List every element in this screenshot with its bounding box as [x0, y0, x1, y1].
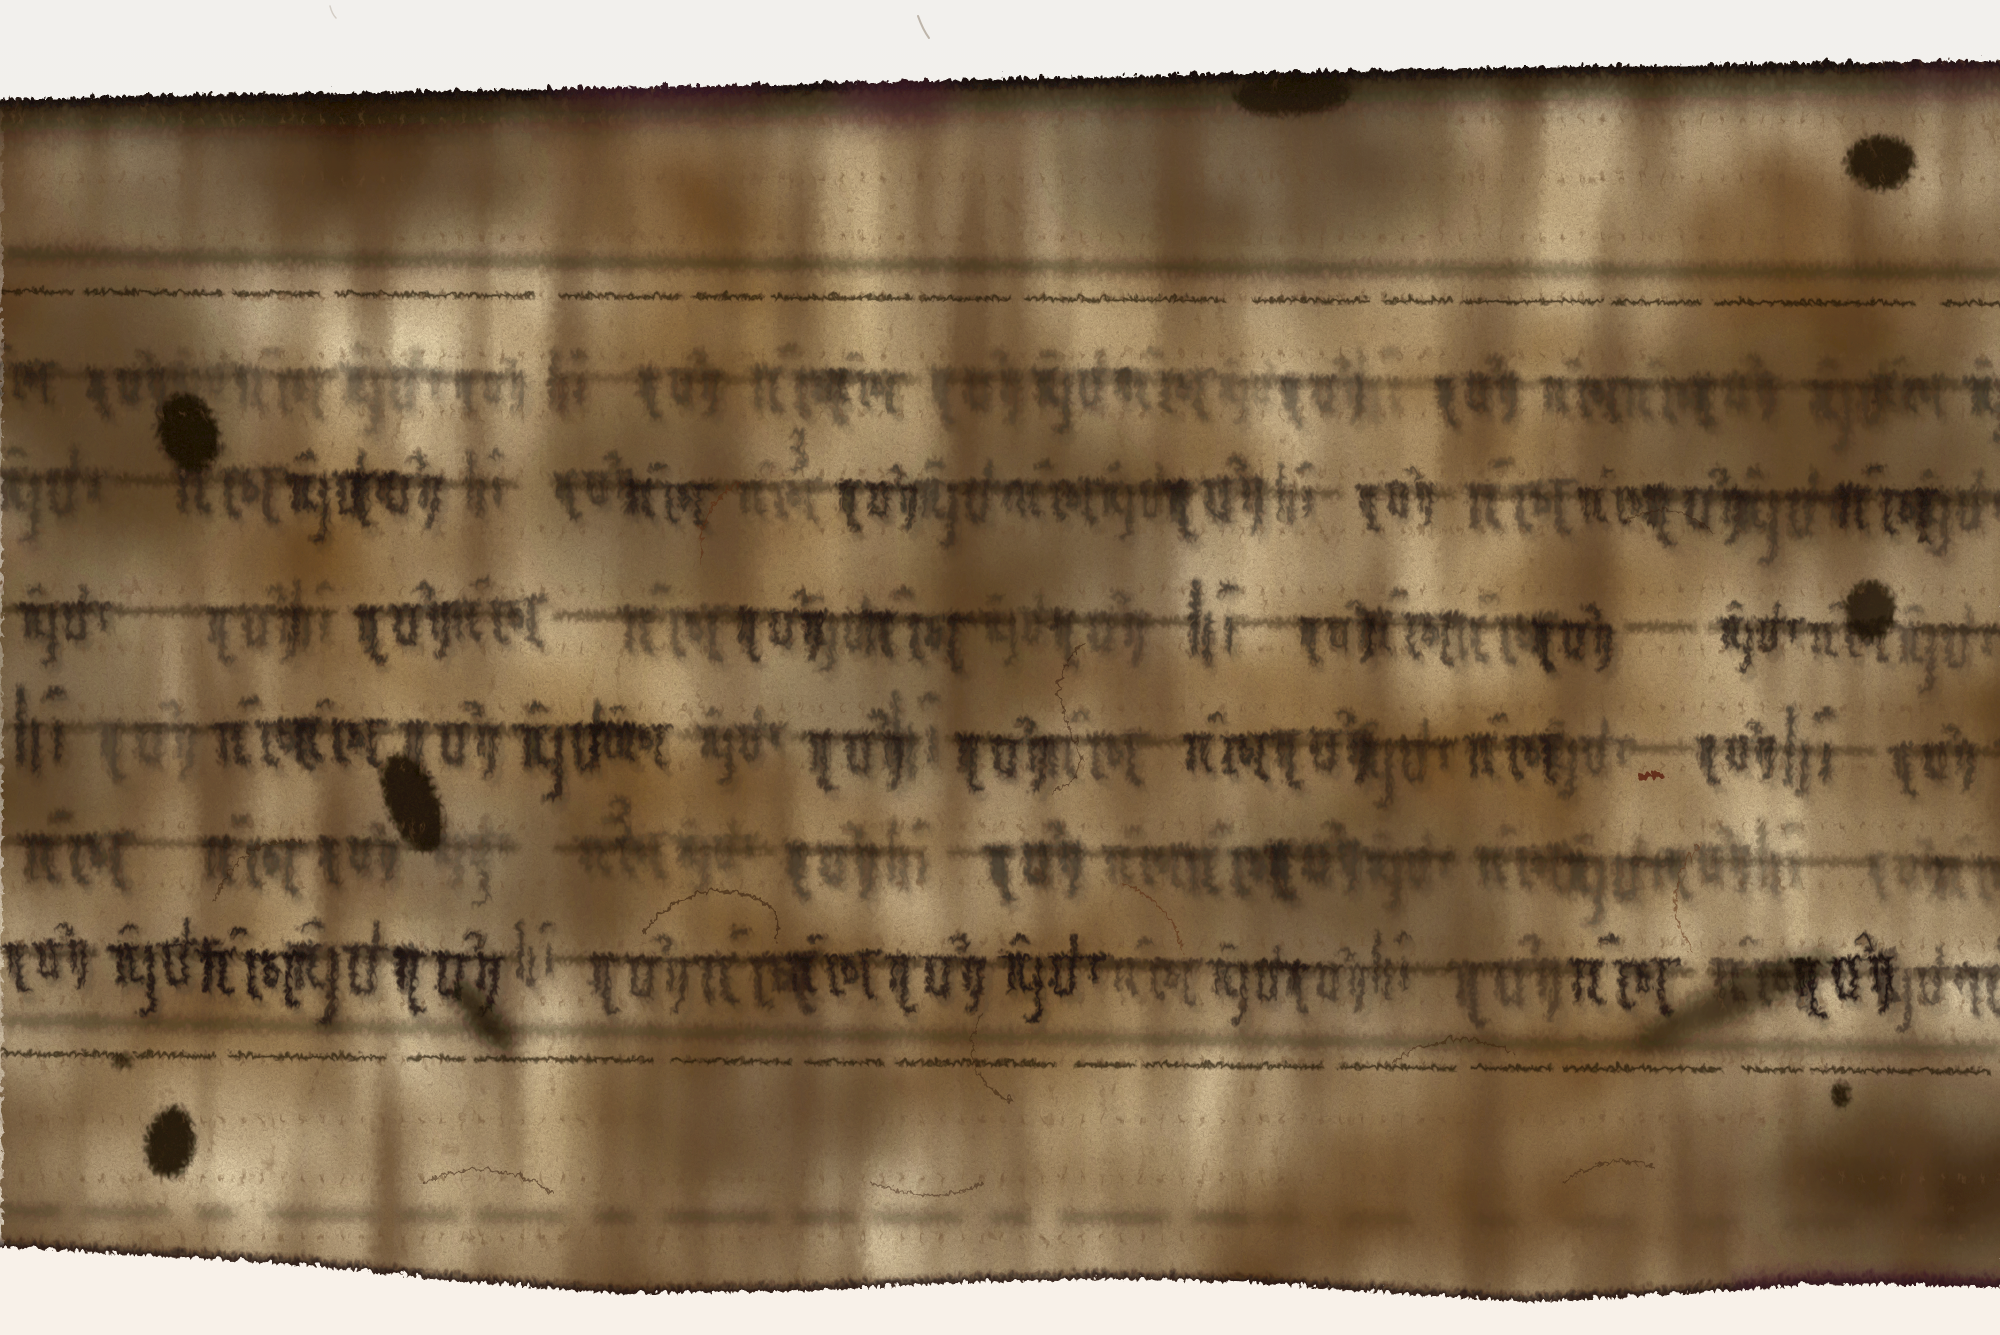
manuscript-photo-svg: [0, 0, 2000, 1335]
leaf-surface: [0, 0, 2000, 1335]
manuscript-photo: [0, 0, 2000, 1335]
screenshot-root: [0, 0, 2000, 1335]
manuscript-leaf: [0, 0, 2000, 1335]
leaf-grain-speckle: [0, 0, 2000, 1335]
